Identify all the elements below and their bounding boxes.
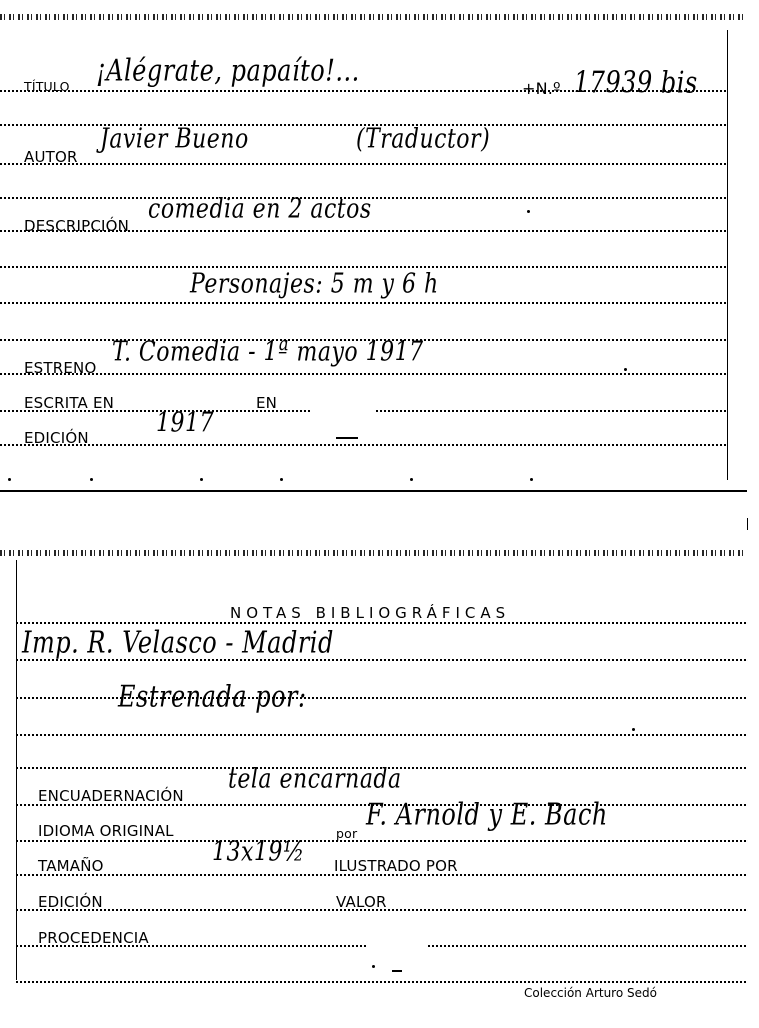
edge-mark xyxy=(747,518,748,530)
descripcion-label: DESCRIPCIÓN xyxy=(24,217,129,235)
coleccion-footer: Colección Arturo Sedó xyxy=(524,986,657,1000)
autor-label: AUTOR xyxy=(24,148,78,166)
edicion-handwritten: 1917 xyxy=(156,408,214,439)
rule-line xyxy=(376,410,726,412)
ink-speck xyxy=(90,478,93,481)
ink-speck xyxy=(410,478,413,481)
titulo-value: ¡Alégrate, papaíto!... xyxy=(96,60,360,88)
rule-line xyxy=(428,945,746,947)
rule-line xyxy=(0,163,726,165)
ink-speck xyxy=(624,368,627,371)
ink-mark xyxy=(336,437,358,439)
estreno-handwritten: T. Comedia - 1ª mayo 1917 xyxy=(112,337,424,368)
rule-line xyxy=(0,373,726,375)
rule-line xyxy=(16,840,746,842)
numero-field: +N.º 17939 bis xyxy=(522,72,698,100)
rule-line xyxy=(0,302,726,304)
estreno-field: ESTRENO xyxy=(24,358,97,377)
ink-speck xyxy=(8,478,11,481)
edicion-value: 1917 xyxy=(156,414,214,439)
procedencia-field: PROCEDENCIA xyxy=(38,928,149,947)
idioma-original-value: F. Arnold y E. Bach xyxy=(366,804,608,832)
rule-line xyxy=(16,981,746,983)
encuadernacion-label: ENCUADERNACIÓN xyxy=(38,787,184,805)
tamano-handwritten: 13x19½ xyxy=(212,837,305,868)
encuadernacion-value: tela encarnada xyxy=(228,770,402,795)
encuadernacion-handwritten: tela encarnada xyxy=(228,764,402,795)
titulo-label: TÍTULO xyxy=(24,79,70,94)
ilustrado-por-field: ILUSTRADO POR xyxy=(334,856,458,875)
valor-label: VALOR xyxy=(336,893,387,911)
ink-speck xyxy=(632,728,635,731)
catalog-card-front: TÍTULO ¡Alégrate, papaíto!... +N.º 17939… xyxy=(0,0,759,492)
card-divider xyxy=(0,490,747,492)
escrita-en-field: ESCRITA EN xyxy=(24,393,114,412)
idioma-por: por xyxy=(336,823,357,842)
rule-line xyxy=(0,266,726,268)
escrita-en-second: EN xyxy=(256,393,277,412)
valor-field: VALOR xyxy=(336,892,387,911)
tamano-field: TAMAÑO xyxy=(38,856,104,875)
autor-handwritten: Javier Bueno xyxy=(100,124,249,155)
rule-line xyxy=(16,622,746,624)
ink-mark xyxy=(392,970,402,972)
note-handwritten: Imp. R. Velasco - Madrid xyxy=(22,625,334,660)
note-handwritten: Estrenada por: xyxy=(118,679,307,714)
edicion-label: EDICIÓN xyxy=(24,429,89,447)
idioma-original-field: IDIOMA ORIGINAL xyxy=(38,821,174,840)
autores-originales-handwritten: F. Arnold y E. Bach xyxy=(366,797,608,832)
ink-speck xyxy=(372,965,375,968)
card-right-border xyxy=(727,30,728,480)
autor-field: AUTOR xyxy=(24,147,78,166)
notas-bibliograficas-title: NOTAS BIBLIOGRÁFICAS xyxy=(230,604,510,622)
ink-speck xyxy=(200,478,203,481)
titulo-field: TÍTULO xyxy=(24,76,70,95)
note-line-2: Estrenada por: xyxy=(118,686,307,714)
personajes-value: Personajes: 5 m y 6 h xyxy=(190,275,439,300)
tamano-label: TAMAÑO xyxy=(38,857,104,875)
numero-value: 17939 bis xyxy=(574,65,698,100)
edicion-back-field: EDICIÓN xyxy=(38,892,103,911)
note-line-1: Imp. R. Velasco - Madrid xyxy=(22,632,334,660)
estreno-value: T. Comedia - 1ª mayo 1917 xyxy=(112,343,424,368)
numero-label: +N.º xyxy=(522,79,561,98)
tamano-value: 13x19½ xyxy=(212,843,305,868)
rule-line xyxy=(16,734,746,736)
edicion-field: EDICIÓN xyxy=(24,428,89,447)
autor-value: Javier Bueno xyxy=(100,130,249,155)
personajes-handwritten: Personajes: 5 m y 6 h xyxy=(190,269,439,300)
descripcion-value: comedia en 2 actos xyxy=(148,200,372,225)
descripcion-handwritten: comedia en 2 actos xyxy=(148,194,372,225)
encuadernacion-field: ENCUADERNACIÓN xyxy=(38,786,184,805)
rule-line xyxy=(0,444,726,446)
titulo-handwritten: ¡Alégrate, papaíto!... xyxy=(96,53,360,88)
estreno-label: ESTRENO xyxy=(24,359,97,377)
ilustrado-por-label: ILUSTRADO POR xyxy=(334,857,458,875)
ink-speck xyxy=(280,478,283,481)
autor-role-handwritten: (Traductor) xyxy=(356,124,490,155)
edicion-back-label: EDICIÓN xyxy=(38,893,103,911)
procedencia-label: PROCEDENCIA xyxy=(38,929,149,947)
ink-speck xyxy=(527,210,530,213)
por-label: por xyxy=(336,826,357,841)
ink-speck xyxy=(530,478,533,481)
autor-role: (Traductor) xyxy=(356,130,490,155)
descripcion-field: DESCRIPCIÓN xyxy=(24,216,129,235)
idioma-original-label: IDIOMA ORIGINAL xyxy=(38,822,174,840)
escrita-en-label: ESCRITA EN xyxy=(24,394,114,412)
en-label: EN xyxy=(256,394,277,412)
